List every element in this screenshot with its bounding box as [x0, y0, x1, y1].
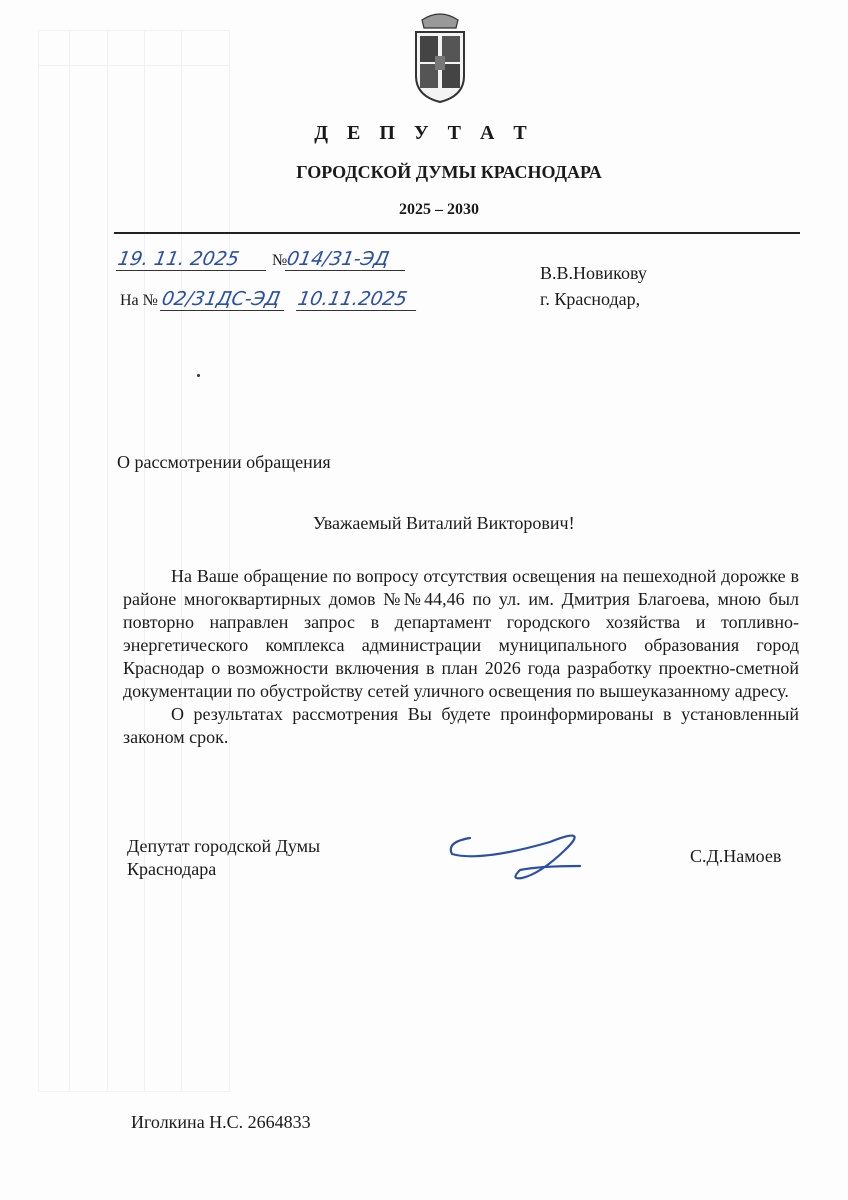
letter-body: На Ваше обращение по вопросу отсутствия … — [123, 565, 799, 749]
reply-number: 02/31ДС-ЭД — [160, 288, 288, 311]
body-paragraph: О результатах рассмотрения Вы будете про… — [123, 703, 799, 749]
handwritten-signature-icon — [440, 822, 610, 882]
scan-speck — [197, 374, 200, 377]
letter-page: Д Е П У Т А Т ГОРОДСКОЙ ДУМЫ КРАСНОДАРА … — [0, 0, 848, 1200]
reply-prefix: На № — [120, 292, 158, 309]
position-line-1: Депутат городской Думы — [127, 835, 320, 858]
signatory-position: Депутат городской Думы Краснодара — [127, 835, 320, 881]
header-title: Д Е П У Т А Т — [0, 122, 848, 145]
addressee-block: В.В.Новикову г. Краснодар, — [540, 260, 647, 312]
bleed-through-table — [38, 30, 230, 1092]
registration-date: 19. 11. 2025 — [116, 248, 270, 271]
executor-contact: Иголкина Н.С. 2664833 — [131, 1112, 311, 1133]
header-subtitle: ГОРОДСКОЙ ДУМЫ КРАСНОДАРА — [0, 162, 848, 183]
registration-line: 19. 11. 2025 №014/31-ЭД — [118, 248, 407, 271]
signatory-name: С.Д.Намоев — [690, 846, 781, 867]
registration-number: 014/31-ЭД — [285, 248, 409, 271]
position-line-2: Краснодара — [127, 858, 320, 881]
reply-line: На № 02/31ДС-ЭД 10.11.2025 — [120, 288, 418, 311]
addressee-name: В.В.Новикову — [540, 260, 647, 286]
header-term: 2025 – 2030 — [0, 201, 848, 219]
body-paragraph: На Ваше обращение по вопросу отсутствия … — [123, 565, 799, 703]
reply-date: 10.11.2025 — [296, 288, 420, 311]
salutation: Уважаемый Виталий Викторович! — [313, 513, 575, 534]
addressee-city: г. Краснодар, — [540, 286, 647, 312]
coat-of-arms-icon — [408, 6, 472, 106]
header-divider — [114, 232, 800, 234]
letter-subject: О рассмотрении обращения — [117, 452, 331, 473]
